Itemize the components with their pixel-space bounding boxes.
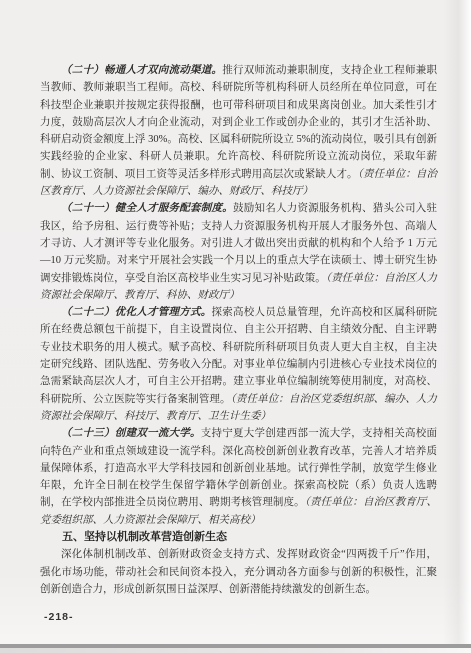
page-bottom-edge [0, 648, 471, 653]
policy-item-20-body: 推行双师流动兼职制度，支持企业工程师兼职当教师、教师兼职当工程师。高校、科研院所… [40, 65, 437, 180]
policy-item-22: （二十二）优化人才管理方式。探索高校人员总量管理，允许高校和区属科研院所在经费总… [40, 304, 437, 425]
document-page: （二十）畅通人才双向流动渠道。推行双师流动兼职制度，支持企业工程师兼职当教师、教… [0, 0, 471, 653]
policy-item-21-body: 鼓励知名人力资源服务机构、猎头公司入驻我区，给予房租、运行费等补贴；支持人力资源… [40, 203, 437, 283]
page-right-edge-shadow [443, 0, 471, 653]
document-text-block: （二十）畅通人才双向流动渠道。推行双师流动兼职制度，支持企业工程师兼职当教师、教… [40, 62, 437, 598]
section-heading: 五、坚持以机制改革营造创新生态 [40, 529, 437, 546]
policy-item-20-head: （二十）畅通人才双向流动渠道。 [61, 65, 222, 76]
policy-item-22-head: （二十二）优化人才管理方式。 [61, 307, 212, 318]
policy-item-23: （二十三）创建双一流大学。支持宁夏大学创建西部一流大学，支持相关高校面向特色产业… [40, 425, 437, 529]
closing-paragraph: 深化体制机制改革、创新财政资金支持方式、发挥财政资金“四两拨千斤”作用，强化市场… [40, 546, 437, 598]
policy-item-23-head: （二十三）创建双一流大学。 [61, 428, 201, 439]
policy-item-20: （二十）畅通人才双向流动渠道。推行双师流动兼职制度，支持企业工程师兼职当教师、教… [40, 62, 437, 200]
policy-item-21: （二十一）健全人才服务配套制度。鼓励知名人力资源服务机构、猎头公司入驻我区，给予… [40, 200, 437, 304]
page-number: -218- [44, 611, 74, 623]
policy-item-22-body: 探索高校人员总量管理，允许高校和区属科研院所在经费总额包干前提下，自主设置岗位、… [40, 307, 437, 404]
policy-item-21-head: （二十一）健全人才服务配套制度。 [61, 203, 233, 214]
